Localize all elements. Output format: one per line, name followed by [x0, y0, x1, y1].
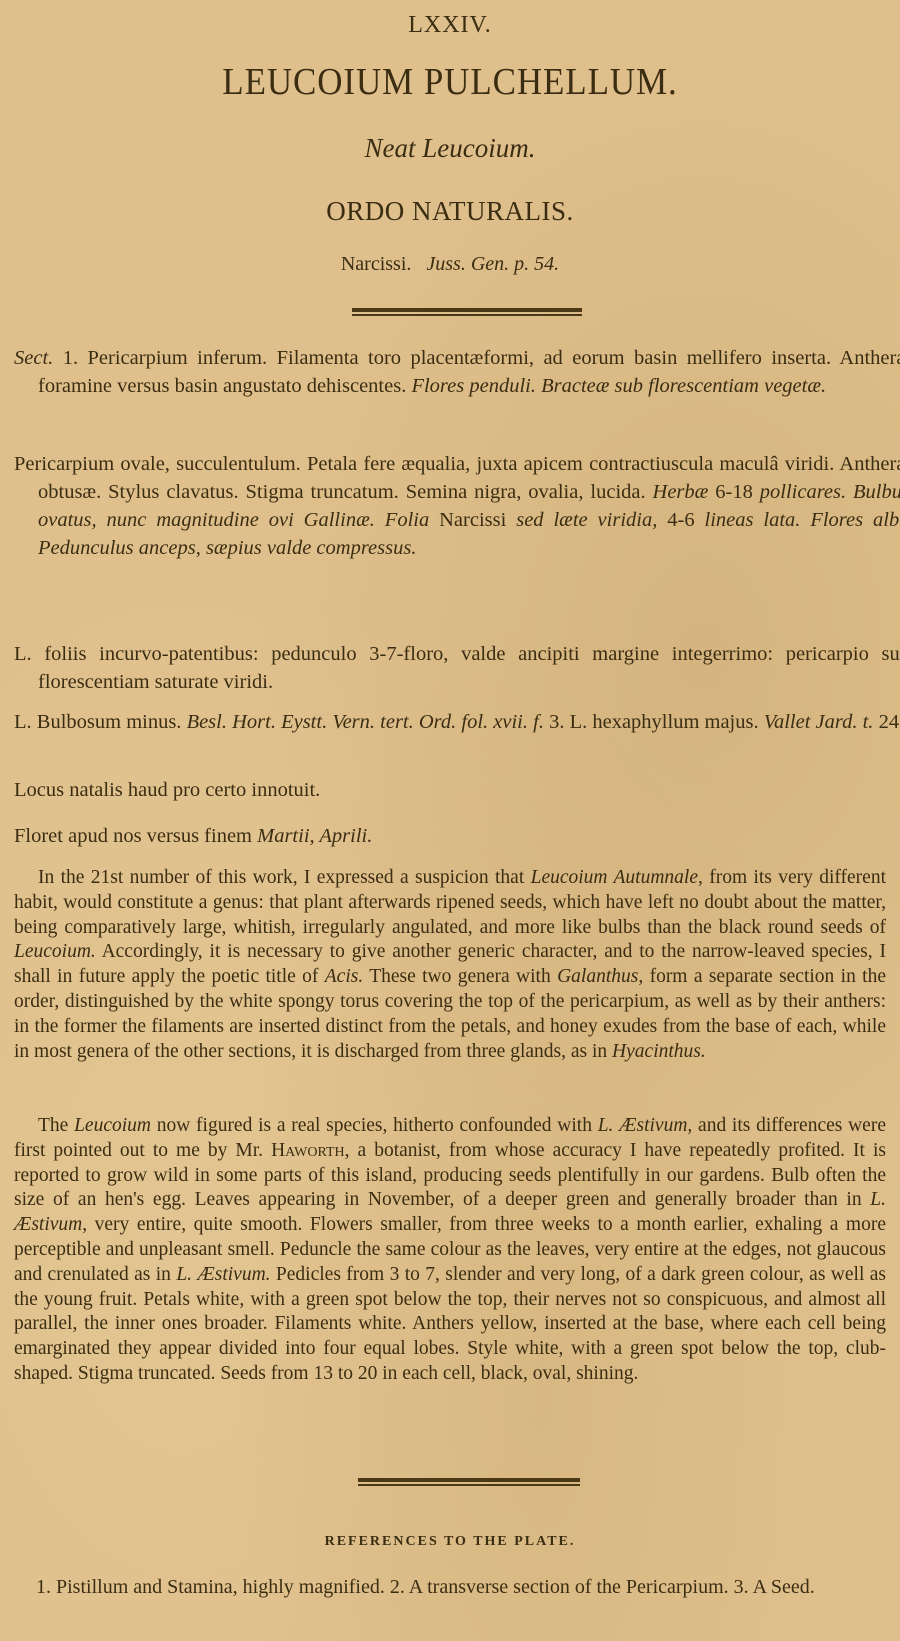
ordo-reference-line: Narcissi. Juss. Gen. p. 54. — [0, 253, 900, 276]
double-rule-divider — [358, 1478, 580, 1486]
flowering-time: Floret apud nos versus finem Martii, Apr… — [14, 822, 886, 850]
references-text: 1. Pistillum and Stamina, highly magnifi… — [36, 1574, 900, 1600]
references-heading: REFERENCES TO THE PLATE. — [0, 1534, 900, 1550]
double-rule-divider — [352, 308, 582, 316]
ordo-heading: ORDO NATURALIS. — [0, 196, 900, 227]
common-name: Neat Leucoium. — [0, 133, 900, 164]
body-paragraph-2: The Leucoium now figured is a real speci… — [14, 1114, 886, 1387]
ordo-family: Narcissi. — [341, 253, 412, 275]
document-page: LXXIV. LEUCOIUM PULCHELLUM. Neat Leucoiu… — [0, 0, 900, 1641]
plate-number: LXXIV. — [0, 12, 900, 39]
locus-natalis: Locus natalis haud pro certo innotuit. — [14, 776, 886, 804]
body-paragraph-1: In the 21st number of this work, I expre… — [14, 866, 886, 1064]
species-title: LEUCOIUM PULCHELLUM. — [36, 60, 864, 104]
ordo-reference: Juss. Gen. p. 54. — [426, 253, 559, 275]
section-description: Sect. 1. Pericarpium inferum. Filamenta … — [14, 344, 900, 400]
generic-description: Pericarpium ovale, succulentulum. Petala… — [14, 450, 900, 562]
specific-diagnosis: L. foliis incurvo-patentibus: pedunculo … — [14, 640, 900, 696]
section-label: Sect. — [14, 347, 53, 369]
synonyms: L. Bulbosum minus. Besl. Hort. Eystt. Ve… — [14, 708, 900, 736]
